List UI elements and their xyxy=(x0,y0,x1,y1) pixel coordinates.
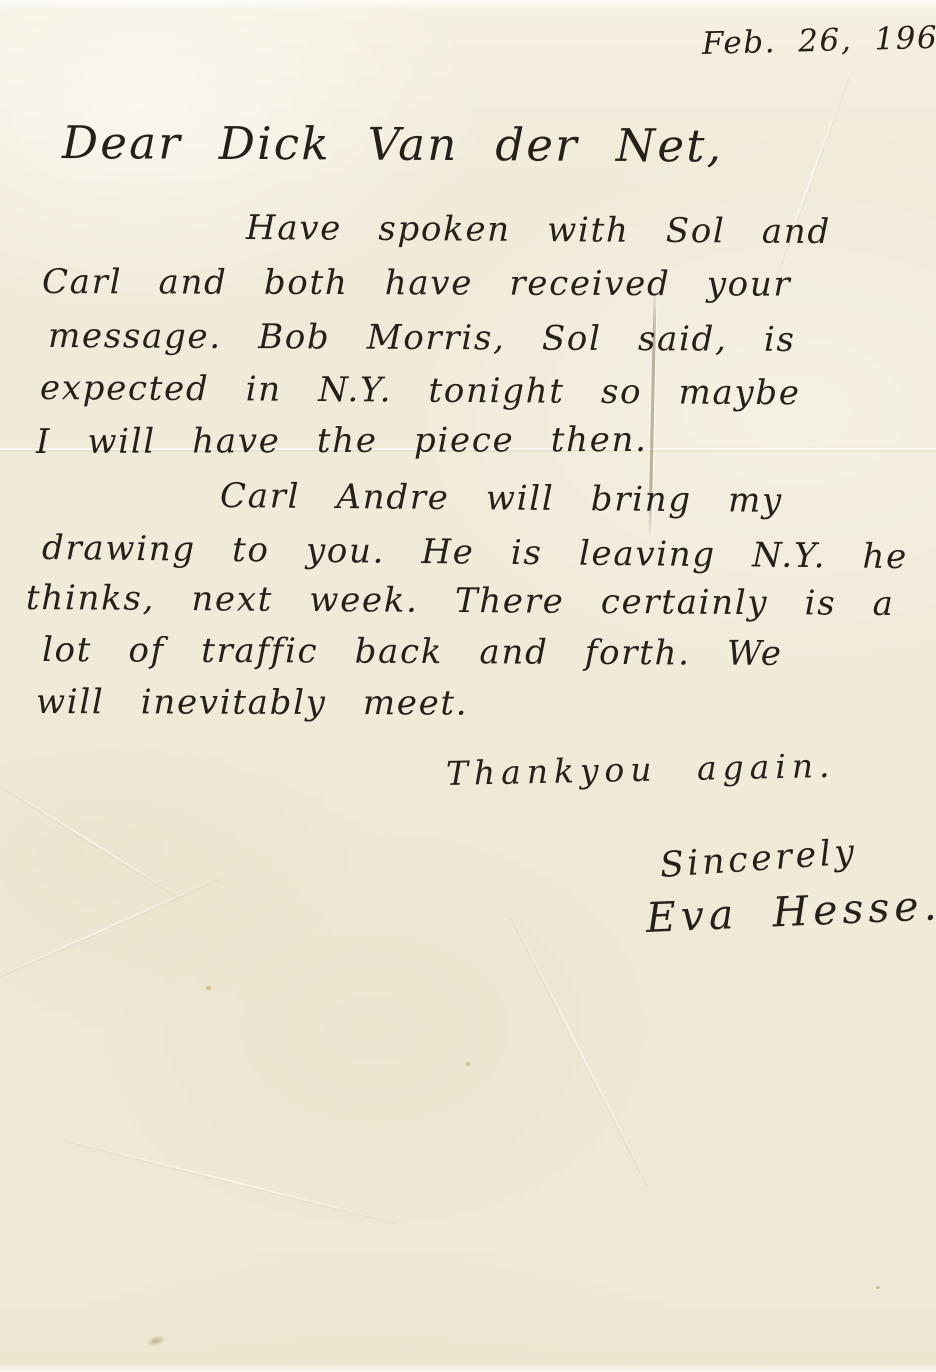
crease-line xyxy=(0,782,184,900)
paragraph2-line1: Carl Andre will bring my xyxy=(220,476,783,521)
paragraph1-line5: I will have the piece then. xyxy=(36,420,648,462)
stain-speck xyxy=(466,1062,470,1066)
paper-top-edge xyxy=(0,0,936,10)
stain-speck xyxy=(206,986,211,990)
paragraph2-line3: thinks, next week. There certainly is a xyxy=(26,578,895,624)
crease-line xyxy=(65,1139,395,1223)
crease-line xyxy=(771,77,848,284)
paragraph2-line4: lot of traffic back and forth. We xyxy=(42,630,783,674)
crease-line xyxy=(511,917,649,1185)
letter-page: Feb. 26, 1968 Dear Dick Van der Net, Hav… xyxy=(0,0,936,1372)
paragraph2-line2: drawing to you. He is leaving N.Y. he xyxy=(42,528,908,577)
paper-bottom-edge xyxy=(0,1364,936,1372)
stain-speck xyxy=(876,1286,880,1289)
paragraph1-line4: expected in N.Y. tonight so maybe xyxy=(40,368,801,413)
letter-signature: Eva Hesse. xyxy=(645,881,936,942)
paragraph1-line2: Carl and both have received your xyxy=(42,262,792,305)
letter-thanks: Thankyou again. xyxy=(446,746,836,793)
letter-date: Feb. 26, 1968 xyxy=(702,19,936,62)
paragraph1-line3: message. Bob Morris, Sol said, is xyxy=(48,316,796,360)
letter-closing: Sincerely xyxy=(659,832,859,886)
letter-salutation: Dear Dick Van der Net, xyxy=(62,116,724,172)
paragraph2-line5: will inevitably meet. xyxy=(36,682,468,724)
stain-mark xyxy=(145,1334,167,1349)
paragraph1-line1: Have spoken with Sol and xyxy=(246,208,831,252)
crease-line xyxy=(0,877,219,985)
